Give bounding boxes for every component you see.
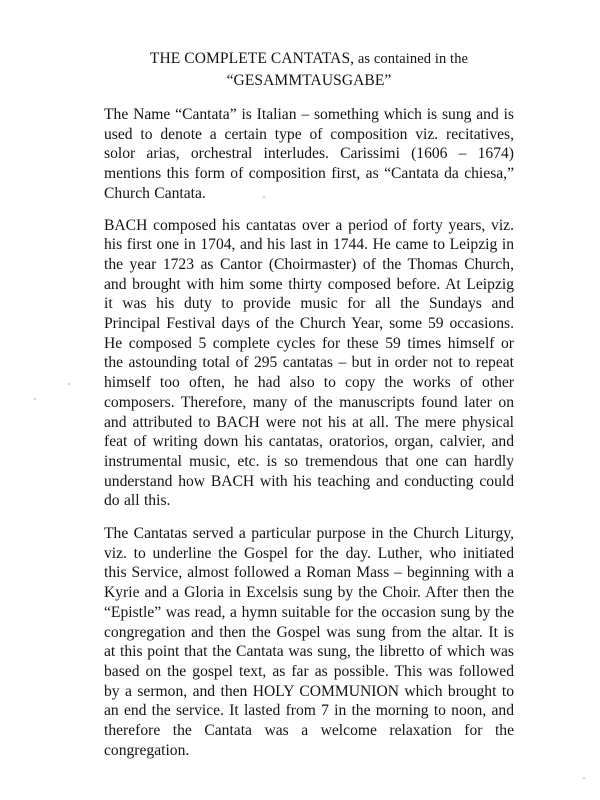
document-page: THE COMPLETE CANTATAS, as contained in t…	[104, 48, 514, 773]
paragraph-church-liturgy: The Cantatas served a particular purpose…	[104, 524, 514, 760]
title-main: THE COMPLETE CANTATAS,	[150, 50, 354, 67]
scan-speck	[34, 398, 36, 400]
title-line-2: “GESAMMTAUSGABE”	[104, 70, 514, 91]
scan-speck	[583, 777, 585, 779]
scan-speck	[263, 196, 265, 198]
scan-speck	[68, 383, 70, 385]
title-subtitle: as contained in the	[354, 51, 468, 67]
page-title: THE COMPLETE CANTATAS, as contained in t…	[104, 48, 514, 91]
paragraph-cantata-definition: The Name “Cantata” is Italian – somethin…	[104, 105, 514, 204]
title-line-1: THE COMPLETE CANTATAS, as contained in t…	[104, 48, 514, 70]
paragraph-bach-compositions: BACH composed his cantatas over a period…	[104, 216, 514, 512]
